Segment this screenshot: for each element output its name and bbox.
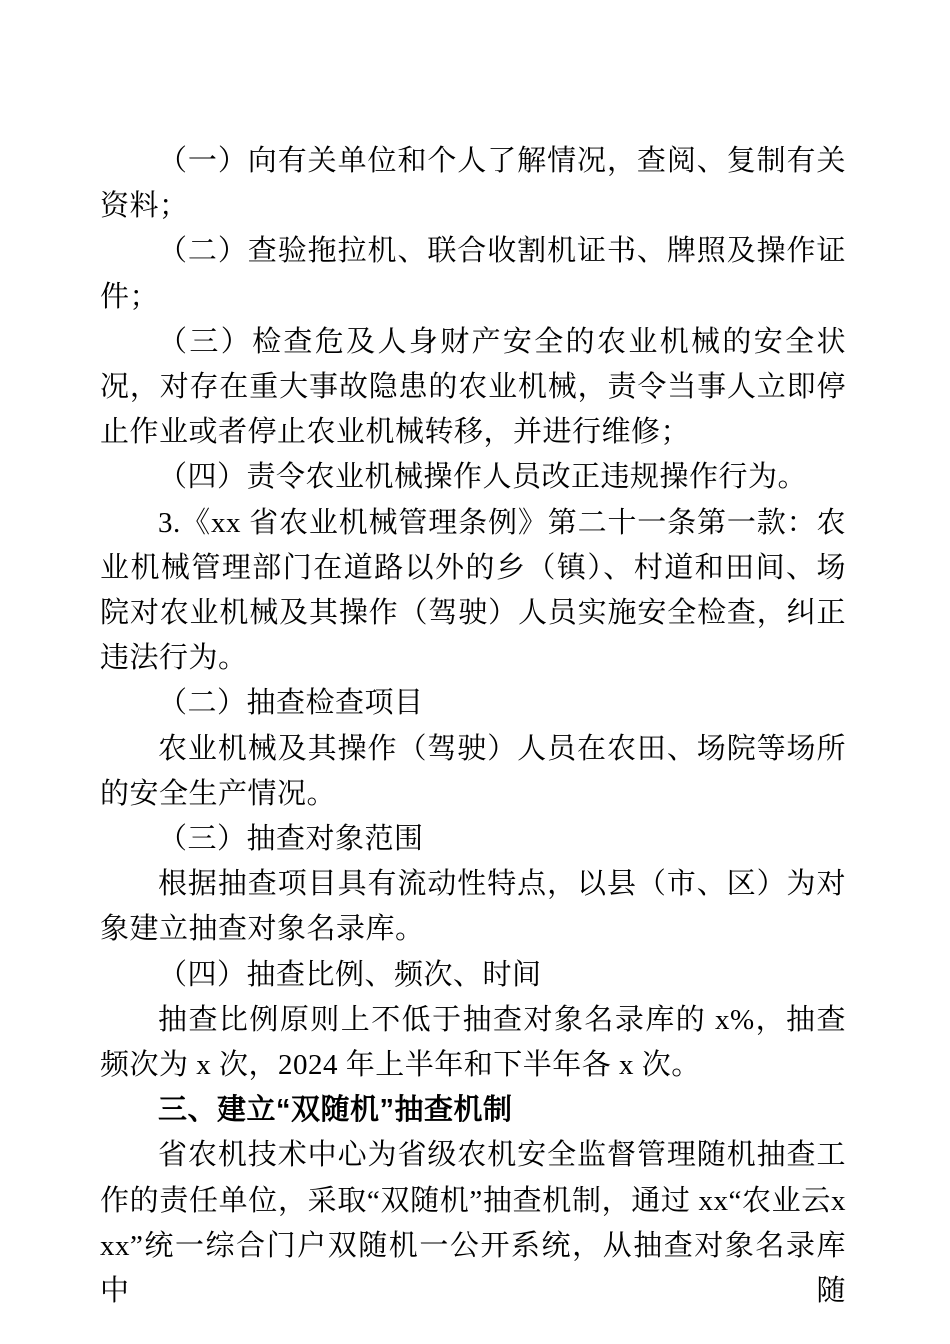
paragraph: 根据抽查项目具有流动性特点，以县（市、区）为对象建立抽查对象名录库。 bbox=[100, 862, 846, 952]
paragraph: （四）责令农业机械操作人员改正违规操作行为。 bbox=[100, 455, 846, 500]
paragraph: （二）抽查检查项目 bbox=[100, 681, 846, 726]
paragraph: （四）抽查比例、频次、时间 bbox=[100, 953, 846, 998]
paragraph: 农业机械及其操作（驾驶）人员在农田、场院等场所的安全生产情况。 bbox=[100, 727, 846, 817]
document-page: （一）向有关单位和个人了解情况，查阅、复制有关资料；（二）查验拖拉机、联合收割机… bbox=[0, 0, 950, 1344]
paragraph: 省农机技术中心为省级农机安全监督管理随机抽查工作的责任单位，采取“双随机”抽查机… bbox=[100, 1133, 846, 1314]
paragraph: （三）检查危及人身财产安全的农业机械的安全状况，对存在重大事故隐患的农业机械，责… bbox=[100, 320, 846, 456]
paragraph: （三）抽查对象范围 bbox=[100, 817, 846, 862]
paragraph: 抽查比例原则上不低于抽查对象名录库的 x%，抽查频次为 x 次，2024 年上半… bbox=[100, 998, 846, 1088]
document-body: （一）向有关单位和个人了解情况，查阅、复制有关资料；（二）查验拖拉机、联合收割机… bbox=[100, 139, 846, 1314]
paragraph: （一）向有关单位和个人了解情况，查阅、复制有关资料； bbox=[100, 139, 846, 229]
paragraph: （二）查验拖拉机、联合收割机证书、牌照及操作证件； bbox=[100, 229, 846, 319]
section-heading: 三、建立“双随机”抽查机制 bbox=[100, 1088, 846, 1133]
paragraph: 3.《xx 省农业机械管理条例》第二十一条第一款：农业机械管理部门在道路以外的乡… bbox=[100, 501, 846, 682]
